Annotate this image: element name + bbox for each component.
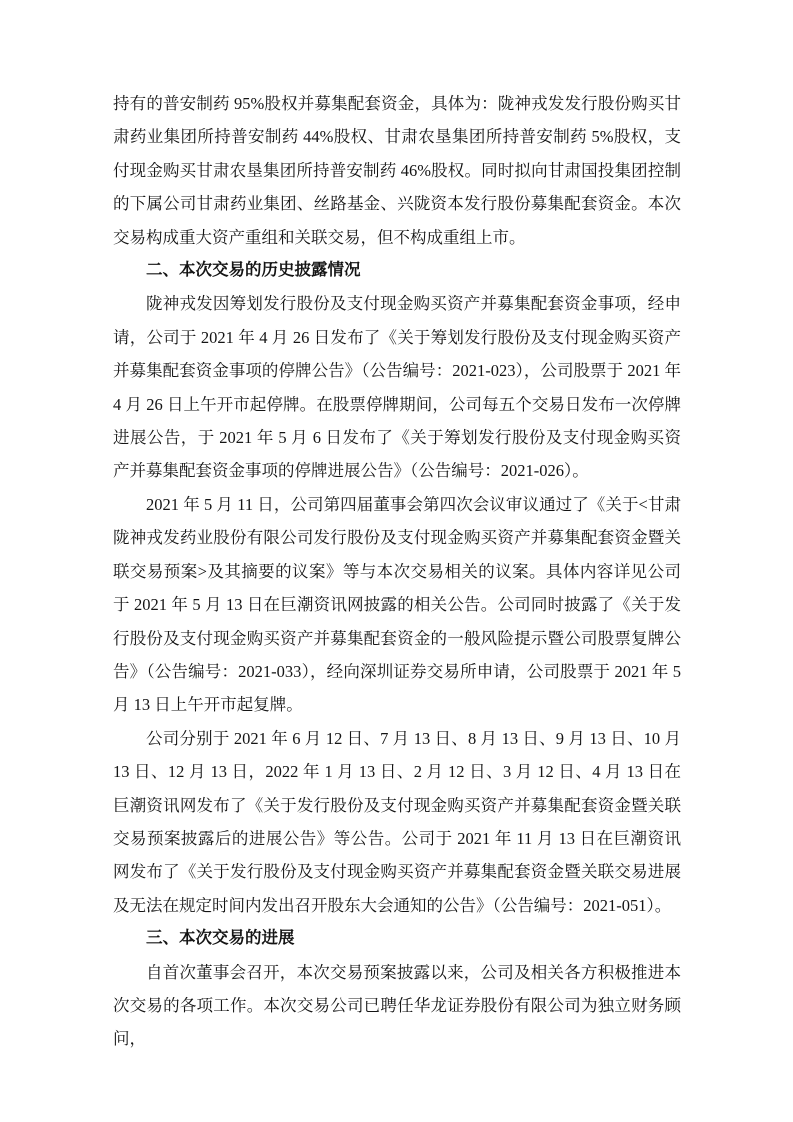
paragraph-continuation: 持有的普安制药 95%股权并募集配套资金，具体为：陇神戎发发行股份购买甘肃药业集… (113, 87, 681, 254)
paragraph-suspension-announcements: 陇神戎发因筹划发行股份及支付现金购买资产并募集配套资金事项，经申请，公司于 20… (113, 287, 681, 487)
paragraph-progress-announcements: 公司分别于 2021 年 6 月 12 日、7 月 13 日、8 月 13 日、… (113, 722, 681, 922)
paragraph-transaction-progress: 自首次董事会召开，本次交易预案披露以来，公司及相关各方积极推进本次交易的各项工作… (113, 956, 681, 1056)
paragraph-board-meeting-resolutions: 2021 年 5 月 11 日，公司第四届董事会第四次会议审议通过了《关于<甘肃… (113, 488, 681, 722)
section-heading-transaction-progress: 三、本次交易的进展 (113, 922, 681, 955)
document-body: 持有的普安制药 95%股权并募集配套资金，具体为：陇神戎发发行股份购买甘肃药业集… (113, 87, 681, 1056)
section-heading-history-disclosure: 二、本次交易的历史披露情况 (113, 254, 681, 287)
document-page: 持有的普安制药 95%股权并募集配套资金，具体为：陇神戎发发行股份购买甘肃药业集… (0, 0, 793, 1122)
